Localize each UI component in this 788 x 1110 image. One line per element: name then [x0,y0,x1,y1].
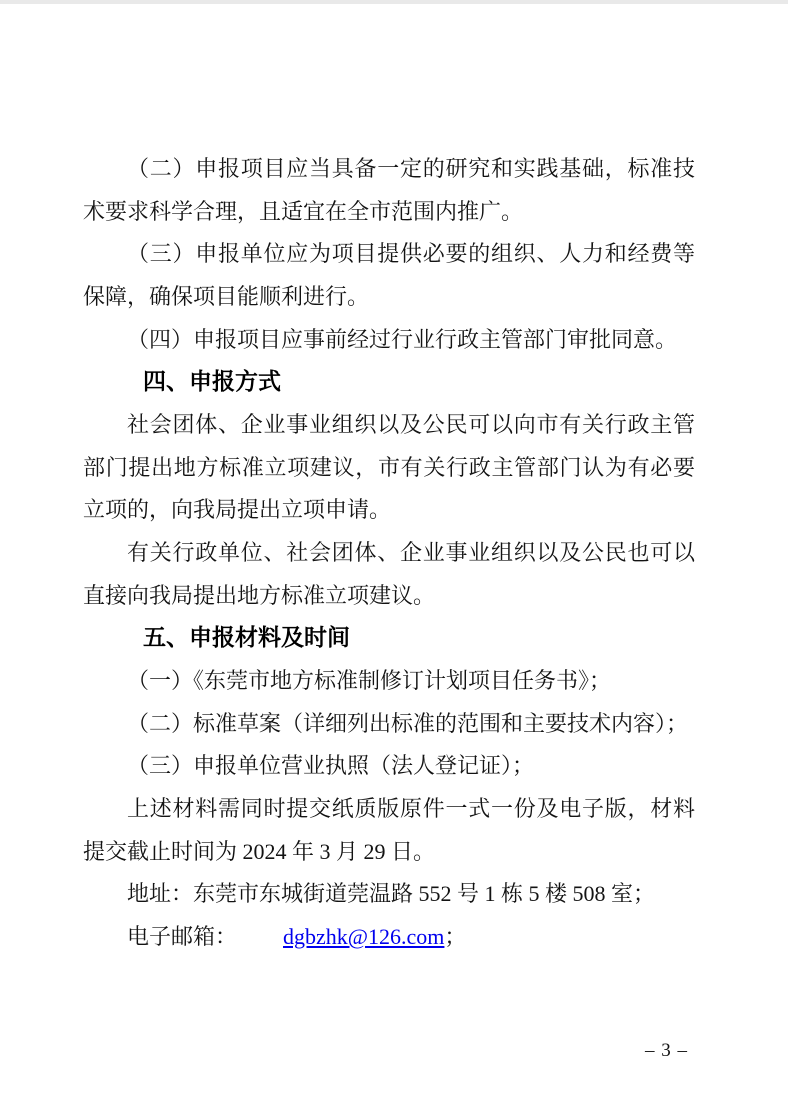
email-line: 电子邮箱：dgbzhk@126.com； [83,916,695,959]
text-line: （一）《东莞市地方标准制修订计划项目任务书》； [83,660,695,703]
text-line: 社会团体、企业事业组织以及公民可以向市有关行政主管 [83,404,695,447]
text-line: （四）申报项目应事前经过行业行政主管部门审批同意。 [83,319,695,362]
text-line: 保障，确保项目能顺利进行。 [83,276,695,319]
text-line: （二）申报项目应当具备一定的研究和实践基础，标准技 [83,148,695,191]
section-heading: 五、申报材料及时间 [83,617,695,660]
section-heading: 四、申报方式 [83,361,695,404]
page-number: – 3 – [645,1040,688,1062]
text-line: （三）申报单位应为项目提供必要的组织、人力和经费等 [83,233,695,276]
text-line: （二）标准草案（详细列出标准的范围和主要技术内容）； [83,703,695,746]
text-line: 立项的，向我局提出立项申请。 [83,489,695,532]
top-edge-strip [0,0,788,4]
text-line: 直接向我局提出地方标准立项建议。 [83,575,695,618]
text-line: 提交截止时间为 2024 年 3 月 29 日。 [83,831,695,874]
email-link[interactable]: dgbzhk@126.com [283,924,444,949]
text-line: 部门提出地方标准立项建议，市有关行政主管部门认为有必要 [83,447,695,490]
document-page: （二）申报项目应当具备一定的研究和实践基础，标准技术要求科学合理，且适宜在全市范… [0,0,788,1110]
email-label: 电子邮箱： [127,924,237,949]
text-line: 上述材料需同时提交纸质版原件一式一份及电子版，材料 [83,788,695,831]
document-body: （二）申报项目应当具备一定的研究和实践基础，标准技术要求科学合理，且适宜在全市范… [83,148,695,958]
email-suffix: ； [444,924,466,949]
text-line: 地址：东莞市东城街道莞温路 552 号 1 栋 5 楼 508 室； [83,873,695,916]
text-line: 有关行政单位、社会团体、企业事业组织以及公民也可以 [83,532,695,575]
text-line: （三）申报单位营业执照（法人登记证）； [83,745,695,788]
text-line: 术要求科学合理，且适宜在全市范围内推广。 [83,191,695,234]
